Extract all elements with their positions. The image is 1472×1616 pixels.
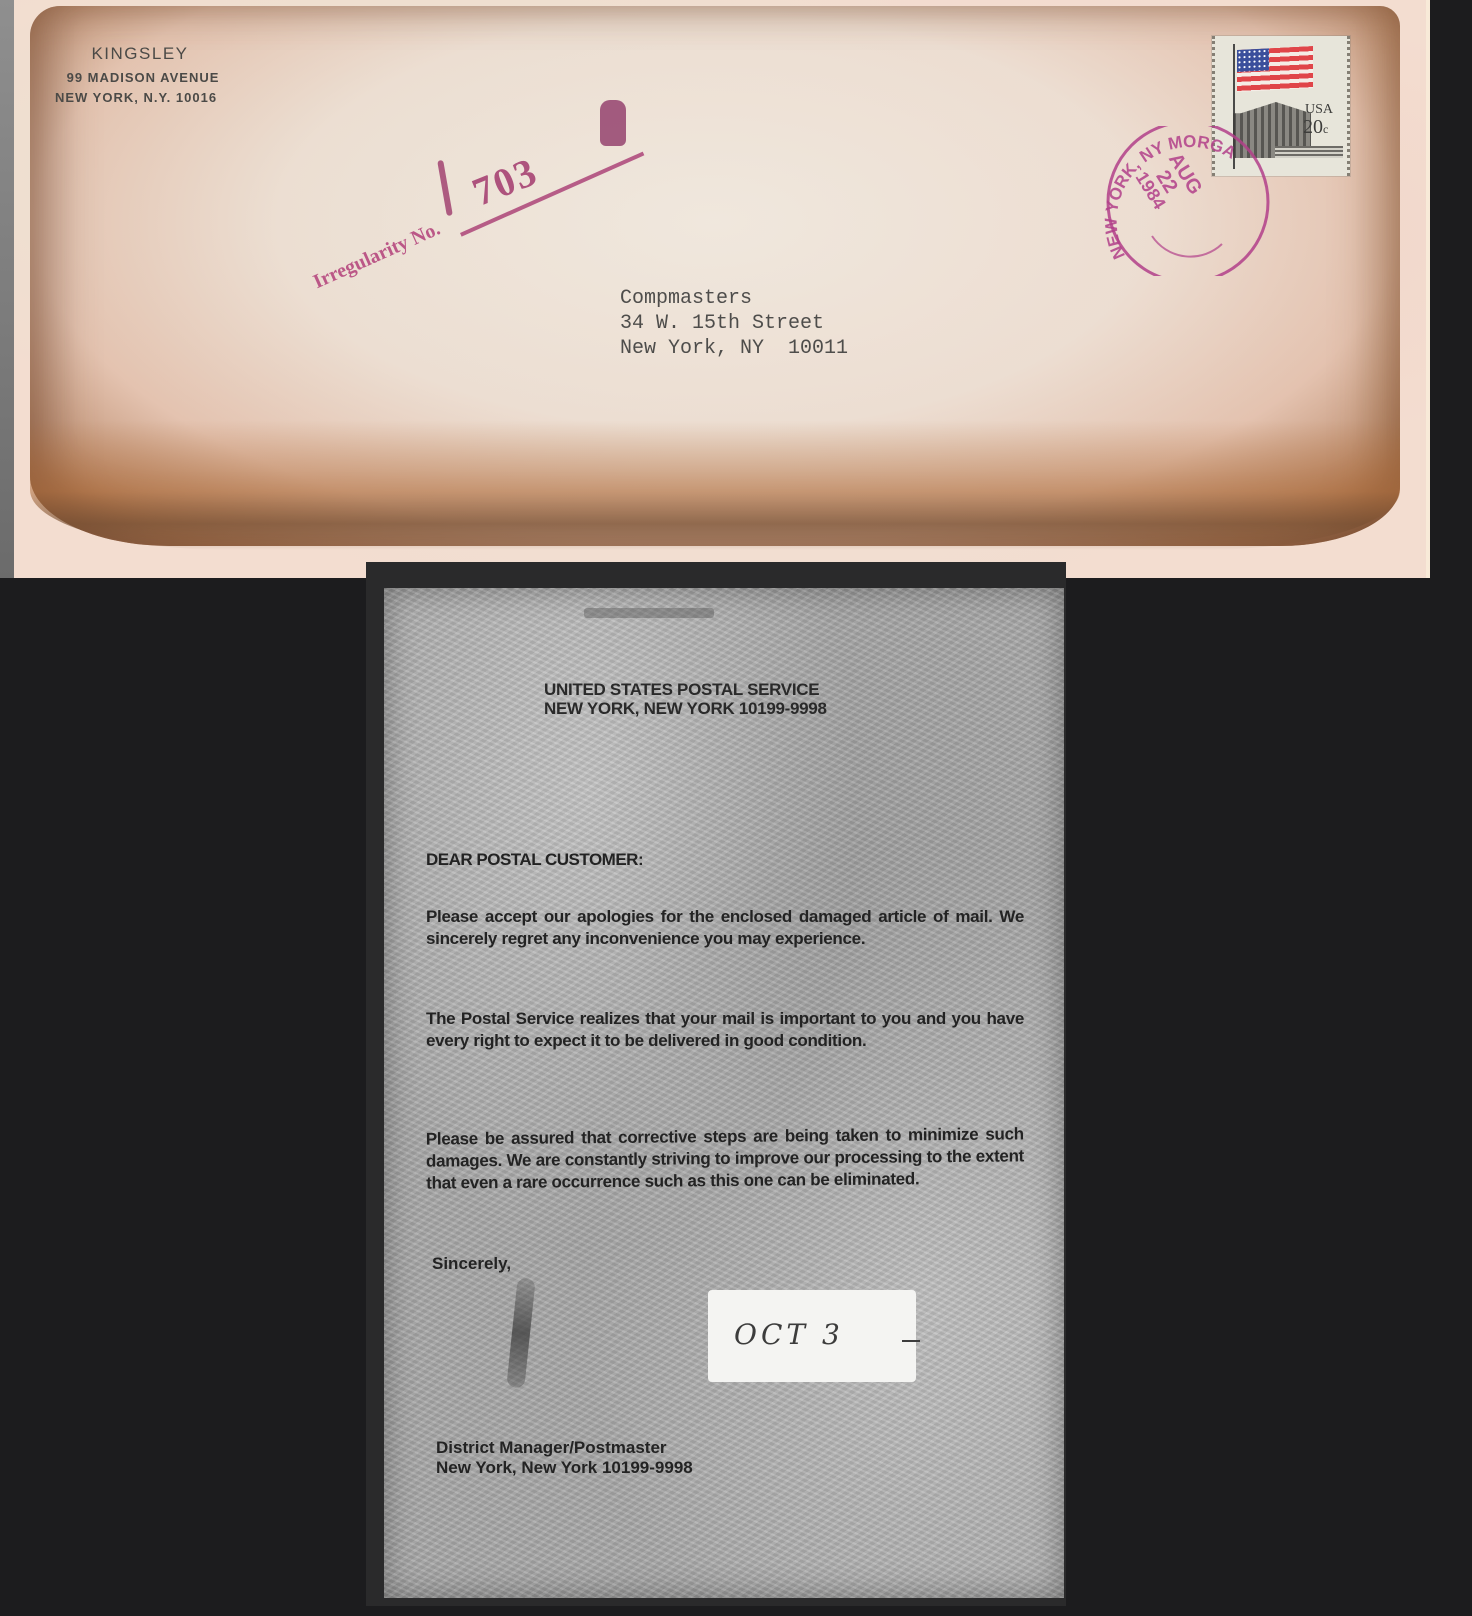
recipient-address: Compmasters34 W. 15th StreetNew York, NY… bbox=[620, 286, 848, 361]
return-address-name: KINGSLEY bbox=[42, 44, 238, 64]
letter-heading-address: NEW YORK, NEW YORK 10199-9998 bbox=[544, 699, 827, 718]
salutation: DEAR POSTAL CUSTOMER: bbox=[426, 850, 643, 870]
handwritten-date-note: OCT 3 bbox=[708, 1290, 916, 1382]
us-flag-icon bbox=[1237, 46, 1313, 92]
signer-location: New York, New York 10199-9998 bbox=[436, 1458, 693, 1478]
irregularity-stamp: Irregularity No. 703 bbox=[300, 150, 680, 300]
signature-smudge bbox=[506, 1277, 535, 1388]
stamp-denomination: 20c bbox=[1303, 116, 1328, 139]
irregularity-number: 703 bbox=[466, 147, 545, 215]
tape-mark bbox=[584, 608, 714, 618]
irregularity-label: Irregularity No. bbox=[310, 218, 444, 294]
flag-canton bbox=[1237, 48, 1269, 72]
apology-letter: UNITED STATES POSTAL SERVICE NEW YORK, N… bbox=[384, 588, 1064, 1598]
postmark-ring-text: NEW YORK, NY MORGA bbox=[1101, 132, 1239, 262]
closing: Sincerely, bbox=[432, 1254, 511, 1274]
return-address: KINGSLEY 99 MADISON AVENUE NEW YORK, N.Y… bbox=[48, 44, 238, 105]
irregularity-slash-mark bbox=[437, 160, 453, 216]
ink-blot bbox=[600, 100, 626, 146]
stamp-value: 20 bbox=[1303, 116, 1323, 138]
handwritten-date: OCT 3 bbox=[734, 1318, 844, 1351]
damaged-envelope: KINGSLEY 99 MADISON AVENUE NEW YORK, N.Y… bbox=[0, 0, 1430, 578]
charred-bottom-edge bbox=[30, 420, 1400, 550]
paragraph-importance: The Postal Service realizes that your ma… bbox=[426, 1008, 1024, 1052]
stamp-unit: c bbox=[1323, 122, 1328, 136]
paragraph-corrective-steps: Please be assured that corrective steps … bbox=[426, 1123, 1025, 1194]
building-steps bbox=[1275, 146, 1343, 158]
signer-title: District Manager/Postmaster bbox=[436, 1438, 693, 1458]
return-address-city: NEW YORK, N.Y. 10016 bbox=[34, 90, 238, 105]
letter-heading-org: UNITED STATES POSTAL SERVICE bbox=[544, 680, 827, 699]
return-address-street: 99 MADISON AVENUE bbox=[48, 70, 238, 85]
recipient-city: New York, NY 10011 bbox=[620, 336, 848, 361]
handwritten-dash bbox=[902, 1340, 920, 1342]
postmark: NEW YORK, NY MORGA AUG 22 1984 bbox=[1092, 126, 1272, 276]
recipient-name: Compmasters bbox=[620, 286, 848, 311]
recipient-street: 34 W. 15th Street bbox=[620, 311, 848, 336]
paragraph-apology: Please accept our apologies for the encl… bbox=[426, 906, 1024, 950]
letter-heading: UNITED STATES POSTAL SERVICE NEW YORK, N… bbox=[544, 680, 827, 718]
signer-block: District Manager/Postmaster New York, Ne… bbox=[436, 1438, 693, 1478]
postmark-circle-icon: NEW YORK, NY MORGA AUG 22 1984 bbox=[1092, 126, 1272, 276]
